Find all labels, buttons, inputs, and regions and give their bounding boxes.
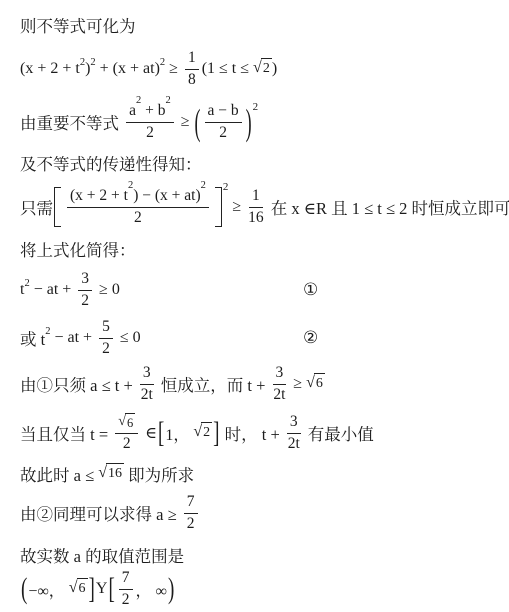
text-run: (x + 2 + t [70,187,128,204]
text-run: ≤ 0 [116,329,141,347]
fraction-numerator: 1 [249,187,263,208]
text-run: ， ∞ [136,578,167,601]
solution-line-10: 当且仅当 t = √6 2 ∈[1， √2] 时， t + 3 2t 有最小值 [20,410,503,456]
text-run: 有最小值 [304,421,374,445]
bracket-close: ] [213,418,219,447]
radicand: 16 [106,463,124,484]
fraction-denominator: 2t [288,434,300,454]
text-run: 在 x ∈R 且 1 ≤ t ≤ 2 时恒成立即可 [267,195,509,219]
fraction: 5 2 [99,318,113,358]
fraction: 1 16 [248,187,264,227]
text-run: 由重要不等式 [20,110,123,134]
text-run: ≥ [228,198,245,216]
radicand: 2 [201,422,212,443]
fraction-numerator: 7 [184,493,198,514]
fraction-numerator: 3 [273,364,287,385]
superscript: 2 [201,180,206,191]
fraction: 3 2t [273,364,287,404]
radicand: 6 [77,578,88,599]
text-run: 当且仅当 t = [20,421,112,445]
fraction: a2 + b2 2 [126,102,174,142]
solution-line-6: 将上式化简得： [20,238,503,260]
text-run: ∈ [141,423,157,443]
bracket-content: (x + 2 + t2) − (x + at)2 2 [64,187,212,227]
fraction-numerator: 1 [185,49,199,70]
equation-label-1: ① [303,280,318,300]
solution-line-13: 故实数 a 的取值范围是 [20,544,503,566]
fraction-denominator: 2t [141,385,153,405]
text-run: − at + [30,281,76,299]
text-run: ) [272,60,277,78]
text-run: ≥ [289,375,306,393]
sqrt: √6 [69,578,88,599]
text-run: 或 t [20,326,45,350]
fraction-denominator: 2 [123,434,131,454]
fraction: 3 2 [78,270,92,310]
fraction-denominator: 16 [248,208,264,228]
text-run: −∞， [28,578,68,601]
math-solution-document: 则不等式可化为 (x + 2 + t2)2 + (x + at)2 ≥ 1 8 … [0,0,509,612]
radicand: 6 [125,413,135,432]
fraction: 1 8 [185,49,199,89]
sqrt: √2 [193,422,212,443]
solution-line-12: 由②同理可以求得 a ≥ 7 2 [20,490,503,536]
sqrt: √6 [306,373,325,394]
fraction-numerator: 7 [119,569,133,590]
text-run: ≥ 0 [95,281,120,299]
fraction: 3 2t [287,413,301,453]
radicand: 6 [314,373,325,394]
text-run: a [129,102,136,119]
text-run: 时， t + [221,421,284,445]
solution-line-4: 及不等式的传递性得知： [20,152,503,174]
bracket-close: ] [89,574,95,603]
text-run: (x + 2 + t [20,60,80,78]
paren-close: ) [168,574,174,603]
fraction: 3 2t [140,364,154,404]
superscript: 2 [128,180,133,191]
text-run: (1 ≤ t ≤ [202,60,253,78]
text-run: + b [141,102,165,119]
fraction: 7 2 [119,569,133,609]
solution-line-1: 则不等式可化为 [20,14,503,36]
text-run: + (x + at) [96,60,160,78]
solution-line-2: (x + 2 + t2)2 + (x + at)2 ≥ 1 8 (1 ≤ t ≤… [20,46,503,92]
fraction-numerator: a2 + b2 [126,102,174,123]
fraction: (x + 2 + t2) − (x + at)2 2 [67,187,209,227]
bracket-open: [ [158,418,164,447]
radicand: 2 [261,58,272,79]
text-run: − at + [50,329,96,347]
fraction-numerator: 3 [78,270,92,291]
paren-open: ( [21,574,27,603]
text-run: 故实数 a 的取值范围是 [20,543,184,567]
big-bracket-right [215,187,222,227]
solution-line-11: 故此时 a ≤ √16 即为所求 [20,462,503,486]
text-run: 由②同理可以求得 a ≥ [20,501,181,525]
sqrt: √6 [118,413,135,432]
fraction-denominator: 2 [134,208,142,228]
text-run: 则不等式可化为 [20,13,136,37]
text-run: 将上式化简得： [20,237,136,261]
fraction-denominator: 2 [219,123,227,143]
equation-label-2: ② [303,328,318,348]
solution-line-7: t2 − at + 3 2 ≥ 0 ① [20,268,503,312]
paren-close: ) [246,104,252,141]
big-bracket-left [54,187,61,227]
fraction-denominator: 2 [146,123,154,143]
fraction: √6 2 [115,412,138,454]
bracketed-expression: (x + 2 + t2) − (x + at)2 2 [54,187,222,227]
text-run: ≥ [165,60,182,78]
text-run: 及不等式的传递性得知： [20,151,202,175]
superscript: 2 [136,95,141,106]
superscript: 2 [166,95,171,106]
fraction-numerator: 3 [287,413,301,434]
paren-open: ( [195,104,201,141]
sqrt: √2 [253,58,272,79]
solution-line-3: 由重要不等式 a2 + b2 2 ≥ ( a − b 2 )2 [20,98,503,146]
text-run: 1， [165,422,193,445]
text-run: 由①只须 a ≤ t + [20,372,137,396]
bracket-open: [ [108,574,114,603]
fraction-numerator: 5 [99,318,113,339]
text-run: 即为所求 [124,462,194,486]
fraction-denominator: 2 [102,339,110,359]
text-run: ) − (x + at) [133,187,200,204]
fraction-denominator: 2 [81,291,89,311]
fraction-numerator: 3 [140,364,154,385]
text-run: 恒成立，而 t + [157,372,270,396]
text-run: 故此时 a ≤ [20,462,98,486]
text-run: 只需 [20,195,53,219]
solution-line-8: 或 t2 − at + 5 2 ≤ 0 ② [20,316,503,360]
fraction-denominator: 2 [187,514,195,534]
fraction: 7 2 [184,493,198,533]
fraction-denominator: 2t [273,385,285,405]
fraction-denominator: 8 [188,70,196,90]
fraction-denominator: 2 [122,590,130,610]
text-run: ≥ [177,113,194,131]
fraction-numerator: (x + 2 + t2) − (x + at)2 [67,187,209,208]
sqrt: √16 [98,463,124,484]
solution-line-5: 只需 (x + 2 + t2) − (x + at)2 2 2 ≥ 1 16 在… [20,178,503,236]
fraction: a − b 2 [205,102,242,142]
fraction-numerator: a − b [205,102,242,123]
solution-line-14: (−∞， √6]Y[ 7 2 ， ∞) [20,566,503,612]
union-symbol: Y [96,580,108,598]
fraction-numerator: √6 [115,412,138,434]
solution-line-9: 由①只须 a ≤ t + 3 2t 恒成立，而 t + 3 2t ≥ √6 [20,362,503,406]
